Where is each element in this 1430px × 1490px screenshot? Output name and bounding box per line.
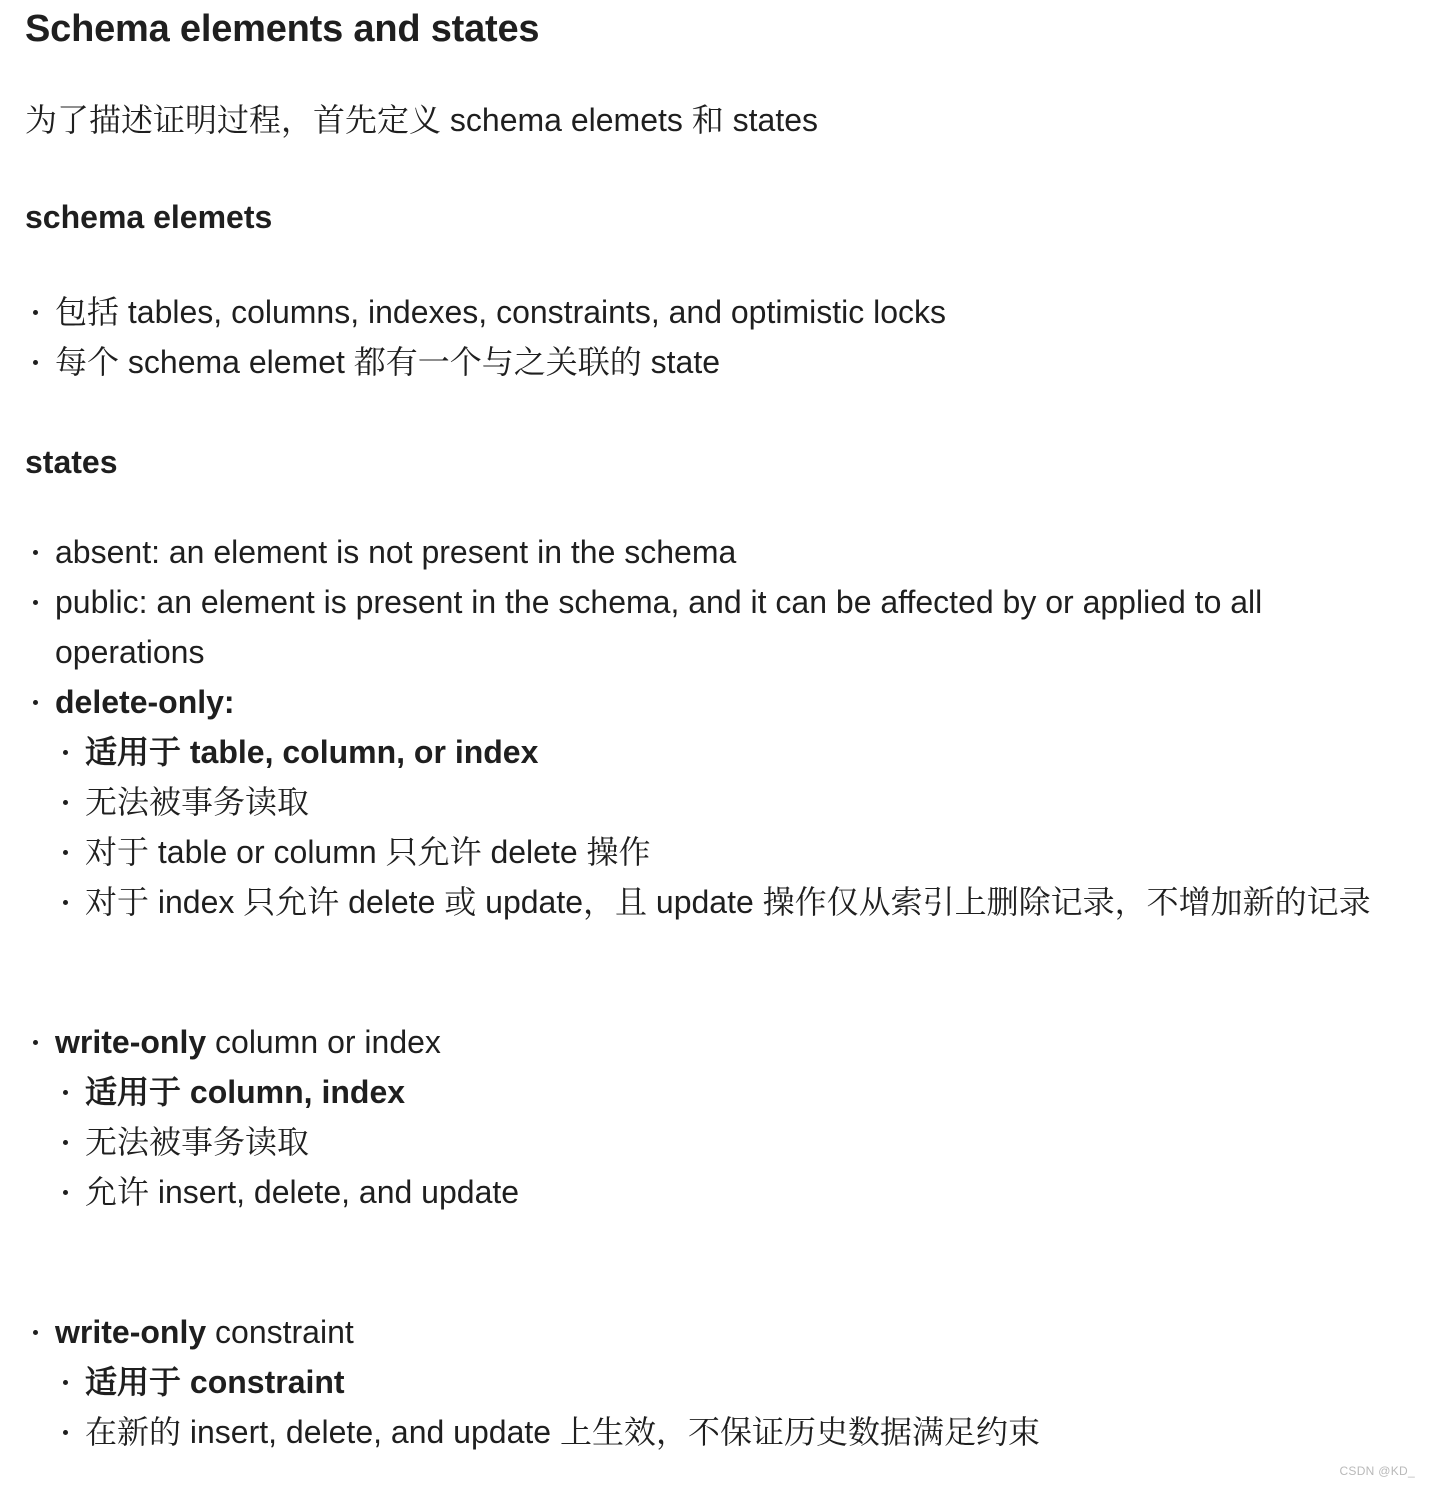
list-item-delete-only: delete-only: 适用于 table, column, or index… xyxy=(25,677,1418,927)
list-item-text: 在新的 insert, delete, and update 上生效，不保证历史… xyxy=(85,1414,1040,1450)
list-item-write-only-constraint: write-only constraint 适用于 constraint 在新的… xyxy=(25,1307,1418,1457)
delete-only-sublist: 适用于 table, column, or index 无法被事务读取 对于 t… xyxy=(55,727,1418,927)
list-item: 适用于 constraint xyxy=(55,1357,1418,1407)
list-item: 每个 schema elemet 都有一个与之关联的 state xyxy=(25,337,1418,387)
list-item: 在新的 insert, delete, and update 上生效，不保证历史… xyxy=(55,1407,1418,1457)
list-item: 无法被事务读取 xyxy=(55,1117,1418,1167)
write-only-column-index-sublist: 适用于 column, index 无法被事务读取 允许 insert, del… xyxy=(55,1067,1418,1217)
list-item: 对于 table or column 只允许 delete 操作 xyxy=(55,827,1418,877)
list-item: 适用于 column, index xyxy=(55,1067,1418,1117)
list-item-public: public: an element is present in the sch… xyxy=(25,577,1265,677)
list-item-text: absent: an element is not present in the… xyxy=(55,534,736,570)
list-item-bold-text: 适用于 constraint xyxy=(85,1364,345,1400)
list-item: 适用于 table, column, or index xyxy=(55,727,1418,777)
list-item: 包括 tables, columns, indexes, constraints… xyxy=(25,287,1418,337)
list-item-text: 包括 tables, columns, indexes, constraints… xyxy=(55,294,946,330)
list-item-text: 对于 index 只允许 delete 或 update，且 update 操作… xyxy=(85,884,1371,920)
list-item-text: 无法被事务读取 xyxy=(85,1124,309,1160)
section-heading-schema-elements: schema elemets xyxy=(25,192,1418,242)
list-item-bold-text: 适用于 table, column, or index xyxy=(85,734,538,770)
list-item: 对于 index 只允许 delete 或 update，且 update 操作… xyxy=(55,877,1418,927)
list-item-bold-text: delete-only: xyxy=(55,684,235,720)
states-list: absent: an element is not present in the… xyxy=(25,527,1418,1457)
write-only-constraint-sublist: 适用于 constraint 在新的 insert, delete, and u… xyxy=(55,1357,1418,1457)
list-item: 无法被事务读取 xyxy=(55,777,1418,827)
list-item-bold-text: 适用于 column, index xyxy=(85,1074,405,1110)
list-item-text: 对于 table or column 只允许 delete 操作 xyxy=(85,834,651,870)
list-item-text: public: an element is present in the sch… xyxy=(55,584,1262,670)
list-item-write-only-column-index: write-only column or index 适用于 column, i… xyxy=(25,1017,1418,1217)
page-title: Schema elements and states xyxy=(25,6,1418,52)
schema-elements-list: 包括 tables, columns, indexes, constraints… xyxy=(25,287,1418,387)
document-page: Schema elements and states 为了描述证明过程，首先定义… xyxy=(0,0,1430,1490)
list-item-text: column or index xyxy=(206,1024,441,1060)
list-item-text: 每个 schema elemet 都有一个与之关联的 state xyxy=(55,344,720,380)
intro-paragraph: 为了描述证明过程，首先定义 schema elemets 和 states xyxy=(25,95,1418,145)
list-item-text: constraint xyxy=(206,1314,354,1350)
csdn-watermark: CSDN @KD_ xyxy=(1339,1464,1415,1478)
list-item: 允许 insert, delete, and update xyxy=(55,1167,1418,1217)
list-item-text: 允许 insert, delete, and update xyxy=(85,1174,519,1210)
section-heading-states: states xyxy=(25,437,1418,487)
list-item-absent: absent: an element is not present in the… xyxy=(25,527,1265,577)
list-item-bold-text: write-only xyxy=(55,1314,206,1350)
list-item-text: 无法被事务读取 xyxy=(85,784,309,820)
list-item-bold-text: write-only xyxy=(55,1024,206,1060)
